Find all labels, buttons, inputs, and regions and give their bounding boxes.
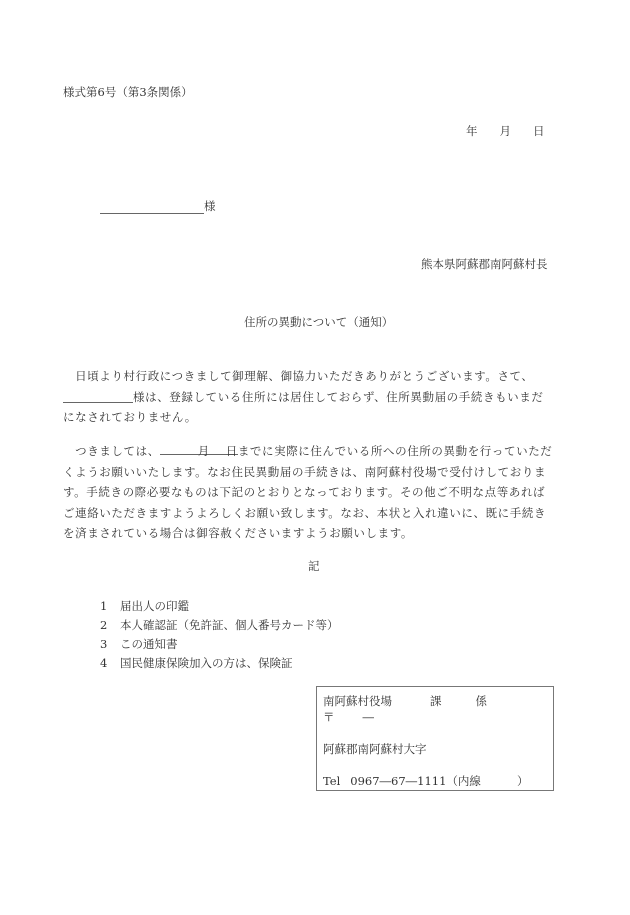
item-number: 4 xyxy=(100,654,120,673)
greeting-text: 日頃より村行政につきまして御理解、御協力いただきありがとうございます。さて、 xyxy=(63,369,534,383)
item-text: 国民健康保険加入の方は、保険証 xyxy=(120,654,293,673)
month-label: 月 xyxy=(198,444,210,458)
item-text: 本人確認証（免許証、個人番号カード等） xyxy=(120,616,339,635)
postal-row: 〒― xyxy=(323,709,547,725)
postal-mark-icon: 〒 xyxy=(323,710,335,724)
day-label: 日 xyxy=(533,123,545,139)
section-label: 課 xyxy=(430,694,442,708)
tel-label: Tel xyxy=(323,774,340,788)
addressee: 様 xyxy=(100,198,216,214)
item-text: 届出人の印鑑 xyxy=(120,597,189,616)
request-rest-text: までに実際に住んでいる所への住所の異動を行っていただくようお願いいたします。なお… xyxy=(63,444,552,540)
ki-heading: 記 xyxy=(308,558,320,574)
date-line: 年月日 xyxy=(466,123,545,139)
tel-row: Tel0967―67―1111（内線） xyxy=(323,773,547,789)
address-row: 阿蘇郡南阿蘇村大字 xyxy=(323,741,547,757)
subsection-label: 係 xyxy=(476,694,488,708)
addressee-honorific: 様 xyxy=(204,199,216,213)
year-label: 年 xyxy=(466,123,478,139)
paragraph-request: つきましては、月日までに実際に住んでいる所への住所の異動を行っていただくようお願… xyxy=(63,441,553,544)
item-text: この通知書 xyxy=(120,635,178,654)
deadline-month-blank[interactable]: 月 xyxy=(160,441,210,455)
contact-box: 南阿蘇村役場課係 〒― 阿蘇郡南阿蘇村大字 Tel0967―67―1111（内線… xyxy=(316,686,554,791)
addressee-name-blank[interactable] xyxy=(100,201,204,214)
item-number: 2 xyxy=(100,616,120,635)
tel-number: 0967―67―1111（内線 xyxy=(350,774,481,788)
item-number: 1 xyxy=(100,597,120,616)
day-label: 日 xyxy=(226,444,238,458)
list-item: 1届出人の印鑑 xyxy=(100,597,339,616)
requirements-list: 1届出人の印鑑 2本人確認証（免許証、個人番号カード等） 3この通知書 4国民健… xyxy=(100,597,339,673)
form-number: 様式第6号（第3条関係） xyxy=(63,84,193,100)
sender: 熊本県阿蘇郡南阿蘇村長 xyxy=(421,256,548,272)
contact-office-row: 南阿蘇村役場課係 xyxy=(323,693,547,709)
list-item: 4国民健康保険加入の方は、保険証 xyxy=(100,654,339,673)
deadline-day-blank[interactable]: 日 xyxy=(210,441,238,455)
month-label: 月 xyxy=(500,123,512,139)
list-item: 2本人確認証（免許証、個人番号カード等） xyxy=(100,616,339,635)
office-name: 南阿蘇村役場 xyxy=(323,694,392,708)
paragraph-greeting: 日頃より村行政につきまして御理解、御協力いただきありがとうございます。さて、様は… xyxy=(63,366,553,428)
document-title: 住所の異動について（通知） xyxy=(244,314,393,330)
resident-name-blank[interactable] xyxy=(63,389,133,403)
tel-close: ） xyxy=(517,774,529,788)
item-number: 3 xyxy=(100,635,120,654)
request-intro: つきましては、 xyxy=(63,444,160,458)
postal-dash: ― xyxy=(363,710,375,724)
greeting-rest-text: 様は、登録している住所には居住しておらず、住所異動届の手続きもいまだになされてお… xyxy=(63,390,543,425)
list-item: 3この通知書 xyxy=(100,635,339,654)
